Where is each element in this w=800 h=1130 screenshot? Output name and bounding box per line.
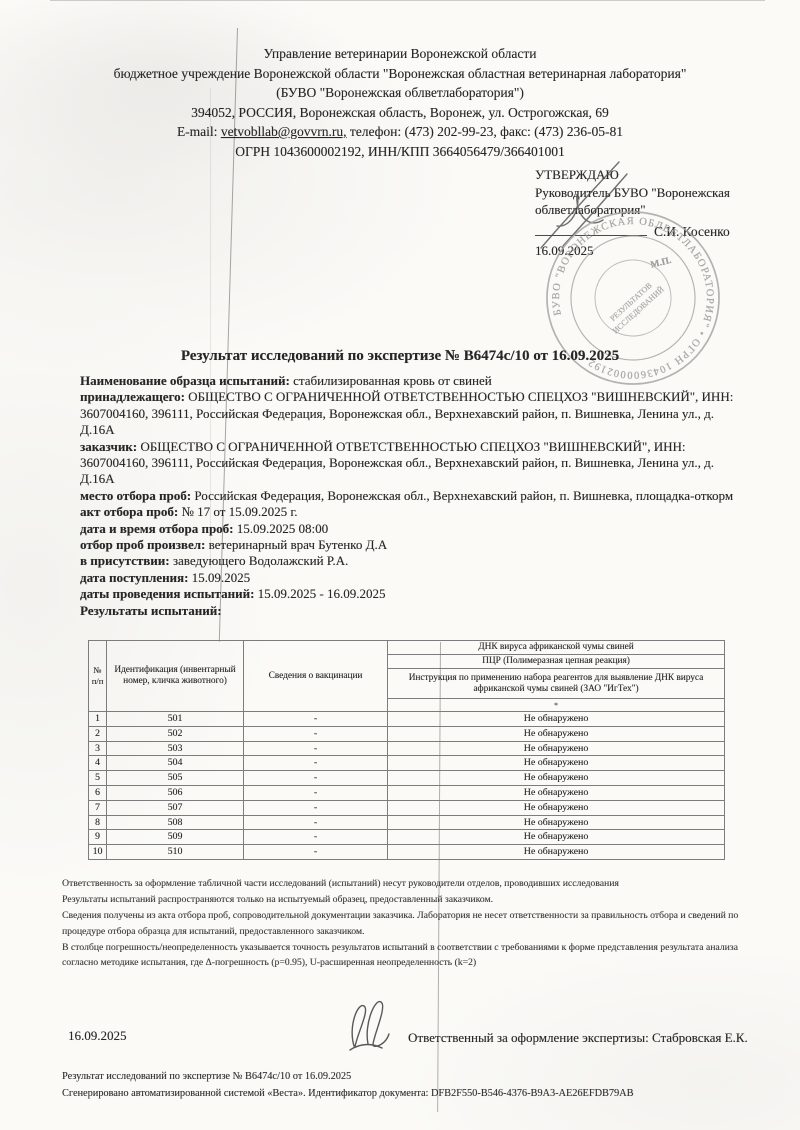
footer-expertise-line: Результат исследований по экспертизе № В…: [62, 1069, 762, 1086]
table-row: 9509-Не обнаружено: [89, 830, 725, 845]
table-row: 4504-Не обнаружено: [89, 756, 725, 771]
animal-id: 506: [107, 785, 244, 800]
test-result: Не обнаружено: [388, 785, 725, 800]
test-result: Не обнаружено: [388, 815, 725, 830]
detail-line: в присутствии: заведующего Водолажский Р…: [80, 553, 744, 569]
note-line: Ответственность за оформление табличной …: [62, 876, 756, 892]
details-section: Наименование образца испытаний: стабилиз…: [80, 373, 744, 619]
test-result: Не обнаружено: [388, 756, 725, 771]
test-result: Не обнаружено: [388, 712, 725, 727]
animal-id: 508: [107, 815, 244, 830]
detail-label: отбор проб произвел:: [80, 537, 205, 552]
vaccination-info: -: [244, 845, 388, 860]
col-header-method: ПЦР (Полимеразная цепная реакция): [388, 655, 725, 669]
row-number: 1: [89, 712, 107, 727]
results-table-header: № п/п Идентификация (инвентарный номер, …: [89, 641, 725, 712]
org-name: бюджетное учреждение Воронежской области…: [60, 64, 740, 84]
table-row: 6506-Не обнаружено: [89, 785, 725, 800]
signoff-date: 16.09.2025: [68, 1028, 127, 1044]
handwritten-signature: [344, 992, 402, 1054]
document-page: Управление ветеринарии Воронежской облас…: [0, 0, 800, 1130]
animal-id: 503: [107, 741, 244, 756]
animal-id: 501: [107, 712, 244, 727]
row-number: 5: [89, 771, 107, 786]
col-header-number: № п/п: [89, 641, 107, 712]
org-short-name: (БУВО "Воронежская облветлаборатория"): [60, 83, 740, 103]
detail-label: принадлежащего:: [80, 389, 185, 404]
vaccination-info: -: [244, 800, 388, 815]
org-phone-fax: телефон: (473) 202-99-23, факс: (473) 23…: [350, 124, 623, 139]
detail-line: даты проведения испытаний: 15.09.2025 - …: [80, 586, 744, 602]
detail-line: отбор проб произвел: ветеринарный врач Б…: [80, 537, 744, 553]
vaccination-info: -: [244, 771, 388, 786]
animal-id: 502: [107, 726, 244, 741]
detail-line: дата и время отбора проб: 15.09.2025 08:…: [80, 521, 744, 537]
note-line: Сведения получены из акта отбора проб, с…: [62, 908, 756, 939]
vaccination-info: -: [244, 726, 388, 741]
animal-id: 510: [107, 845, 244, 860]
col-header-instruction: Инструкция по применению набора реагенто…: [388, 669, 725, 699]
detail-line: дата поступления: 15.09.2025: [80, 570, 744, 586]
detail-label: заказчик:: [80, 439, 137, 454]
test-result: Не обнаружено: [388, 771, 725, 786]
test-result: Не обнаружено: [388, 741, 725, 756]
results-table: № п/п Идентификация (инвентарный номер, …: [88, 640, 725, 860]
email-label: E-mail:: [177, 124, 218, 139]
scan-edge-artifact: [50, 0, 765, 1]
row-number: 10: [89, 845, 107, 860]
detail-label: дата поступления:: [80, 570, 188, 585]
test-result: Не обнаружено: [388, 800, 725, 815]
note-line: В столбце погрешность/неопределенность у…: [62, 940, 756, 971]
table-row: 3503-Не обнаружено: [89, 741, 725, 756]
row-number: 7: [89, 800, 107, 815]
results-table-body: 1501-Не обнаружено2502-Не обнаружено3503…: [89, 712, 725, 860]
org-contacts: E-mail: vetvobllab@govvrn.ru, телефон: (…: [60, 122, 740, 142]
test-result: Не обнаружено: [388, 726, 725, 741]
row-number: 4: [89, 756, 107, 771]
col-header-vaccination: Сведения о вакцинации: [244, 641, 388, 712]
animal-id: 504: [107, 756, 244, 771]
animal-id: 509: [107, 830, 244, 845]
table-row: 10510-Не обнаружено: [89, 845, 725, 860]
notes-section: Ответственность за оформление табличной …: [62, 876, 756, 972]
vaccination-info: -: [244, 712, 388, 727]
detail-line: Результаты испытаний:: [80, 603, 744, 619]
animal-id: 507: [107, 800, 244, 815]
detail-label: место отбора проб:: [80, 488, 191, 503]
col-header-identification: Идентификация (инвентарный номер, кличка…: [107, 641, 244, 712]
org-letterhead: Управление ветеринарии Воронежской облас…: [60, 44, 740, 161]
table-row: 5505-Не обнаружено: [89, 771, 725, 786]
col-header-target: ДНК вируса африканской чумы свиней: [388, 641, 725, 655]
detail-label: даты проведения испытаний:: [80, 586, 254, 601]
org-email: vetvobllab@govvrn.ru,: [221, 124, 347, 139]
vaccination-info: -: [244, 830, 388, 845]
detail-line: акт отбора проб: № 17 от 15.09.2025 г.: [80, 504, 744, 520]
detail-label: в присутствии:: [80, 553, 170, 568]
table-row: 2502-Не обнаружено: [89, 726, 725, 741]
note-line: Результаты испытаний распространяются то…: [62, 892, 756, 908]
table-row: 7507-Не обнаружено: [89, 800, 725, 815]
document-footer: Результат исследований по экспертизе № В…: [62, 1069, 762, 1102]
row-number: 6: [89, 785, 107, 800]
table-row: 1501-Не обнаружено: [89, 712, 725, 727]
detail-line: принадлежащего: ОБЩЕСТВО С ОГРАНИЧЕННОЙ …: [80, 389, 744, 438]
vaccination-info: -: [244, 785, 388, 800]
document-title: Результат исследований по экспертизе № В…: [0, 348, 800, 365]
animal-id: 505: [107, 771, 244, 786]
row-number: 3: [89, 741, 107, 756]
test-result: Не обнаружено: [388, 830, 725, 845]
col-header-footnote: *: [388, 699, 725, 712]
footer-system-line: Сгенерировано автоматизированной системо…: [62, 1086, 762, 1103]
org-department: Управление ветеринарии Воронежской облас…: [60, 44, 740, 64]
row-number: 9: [89, 830, 107, 845]
test-result: Не обнаружено: [388, 845, 725, 860]
vaccination-info: -: [244, 756, 388, 771]
detail-label: акт отбора проб:: [80, 504, 178, 519]
responsible-person-label: Ответственный за оформление экспертизы: …: [408, 1030, 748, 1046]
detail-label: Наименование образца испытаний:: [80, 373, 290, 388]
detail-line: место отбора проб: Российская Федерация,…: [80, 488, 744, 504]
vaccination-info: -: [244, 741, 388, 756]
vaccination-info: -: [244, 815, 388, 830]
row-number: 2: [89, 726, 107, 741]
row-number: 8: [89, 815, 107, 830]
detail-label: Результаты испытаний:: [80, 603, 222, 618]
stamp-mp-label: М.П.: [650, 256, 673, 271]
detail-line: Наименование образца испытаний: стабилиз…: [80, 373, 744, 389]
detail-line: заказчик: ОБЩЕСТВО С ОГРАНИЧЕННОЙ ОТВЕТС…: [80, 439, 744, 488]
detail-label: дата и время отбора проб:: [80, 521, 234, 536]
org-address: 394052, РОССИЯ, Воронежская область, Вор…: [60, 103, 740, 123]
table-row: 8508-Не обнаружено: [89, 815, 725, 830]
